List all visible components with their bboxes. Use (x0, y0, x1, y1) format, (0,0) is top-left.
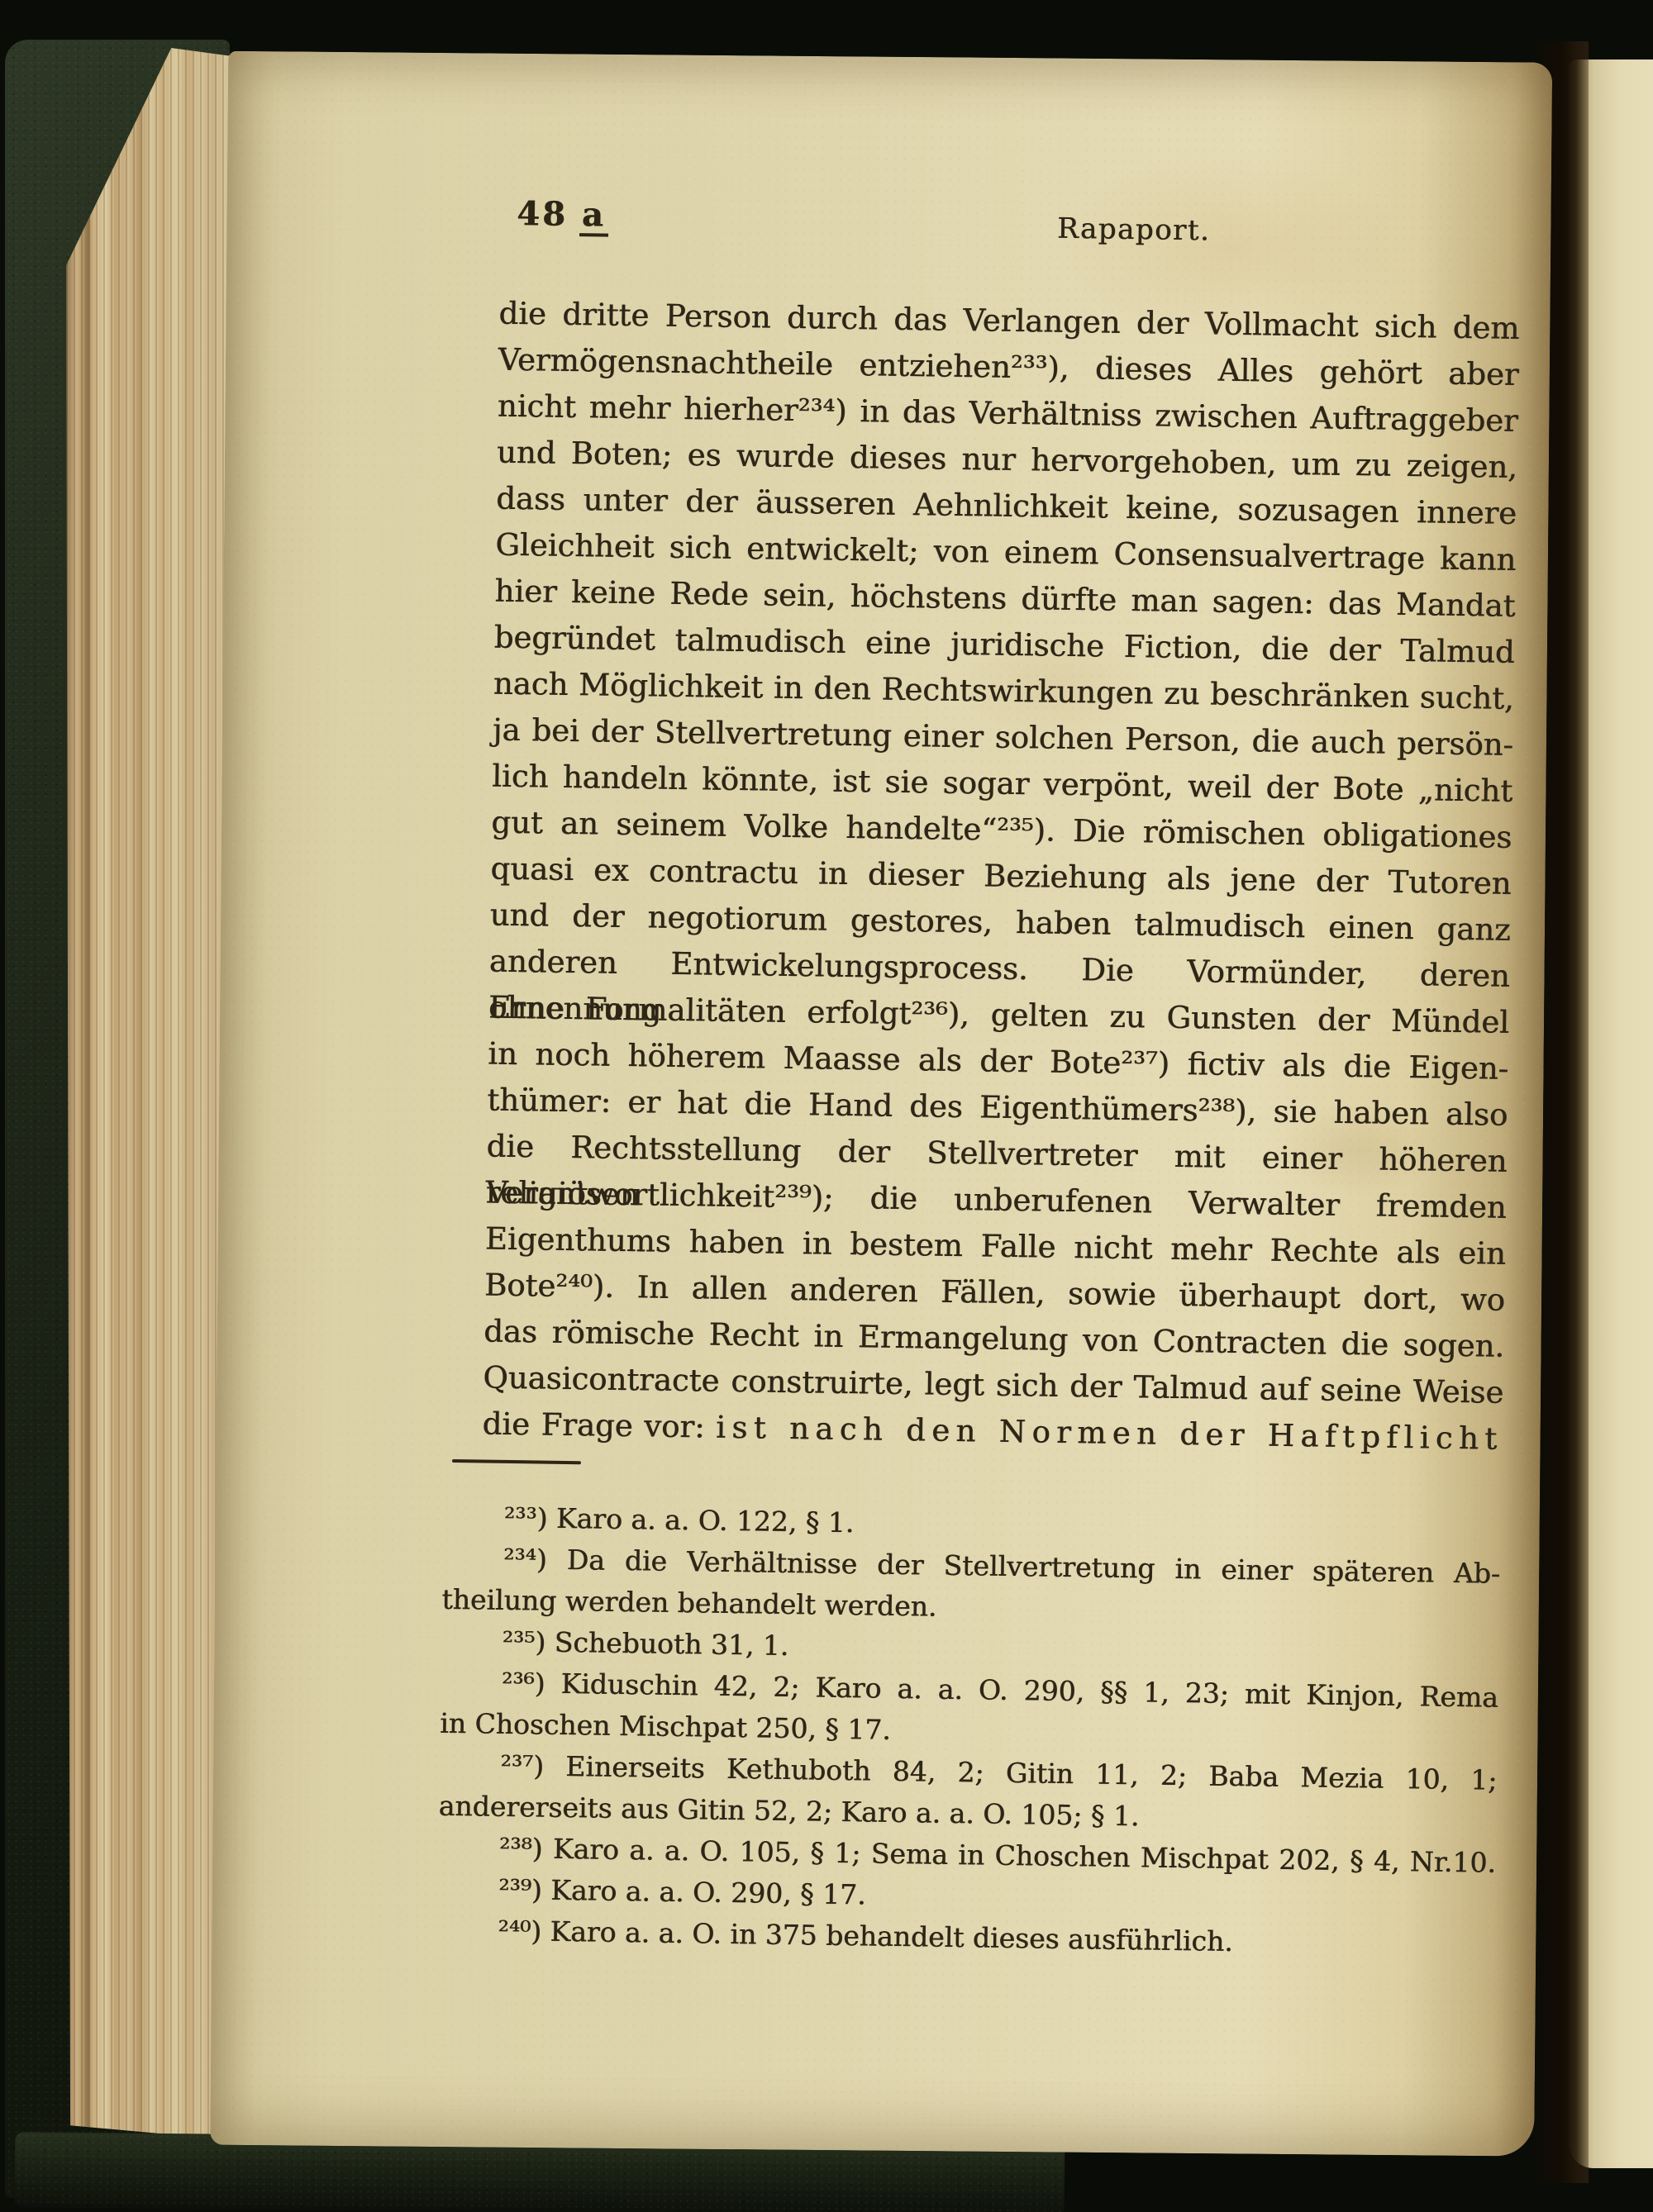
page-number: 48a (517, 194, 608, 237)
book-photo: 48a Rapaport. die dritte Person durch da… (0, 0, 1653, 2212)
body-text: die dritte Person durch das Verlangen de… (482, 291, 1520, 1463)
letterspaced-emphasis: ist nach den Normen der Haftpflicht (716, 1410, 1503, 1457)
footnotes: ²³³) Karo a. a. O. 122, § 1. ²³⁴) Da die… (436, 1496, 1501, 1967)
footnote-separator (452, 1459, 581, 1464)
page-content: 48a Rapaport. die dritte Person durch da… (198, 51, 1552, 2164)
body-line-prefix: die Frage vor: (482, 1406, 716, 1444)
running-title: Rapaport. (1057, 212, 1211, 248)
book-page: 48a Rapaport. die dritte Person durch da… (210, 51, 1552, 2157)
folio-number: 48 (517, 194, 568, 234)
signature-mark: a (579, 197, 609, 237)
